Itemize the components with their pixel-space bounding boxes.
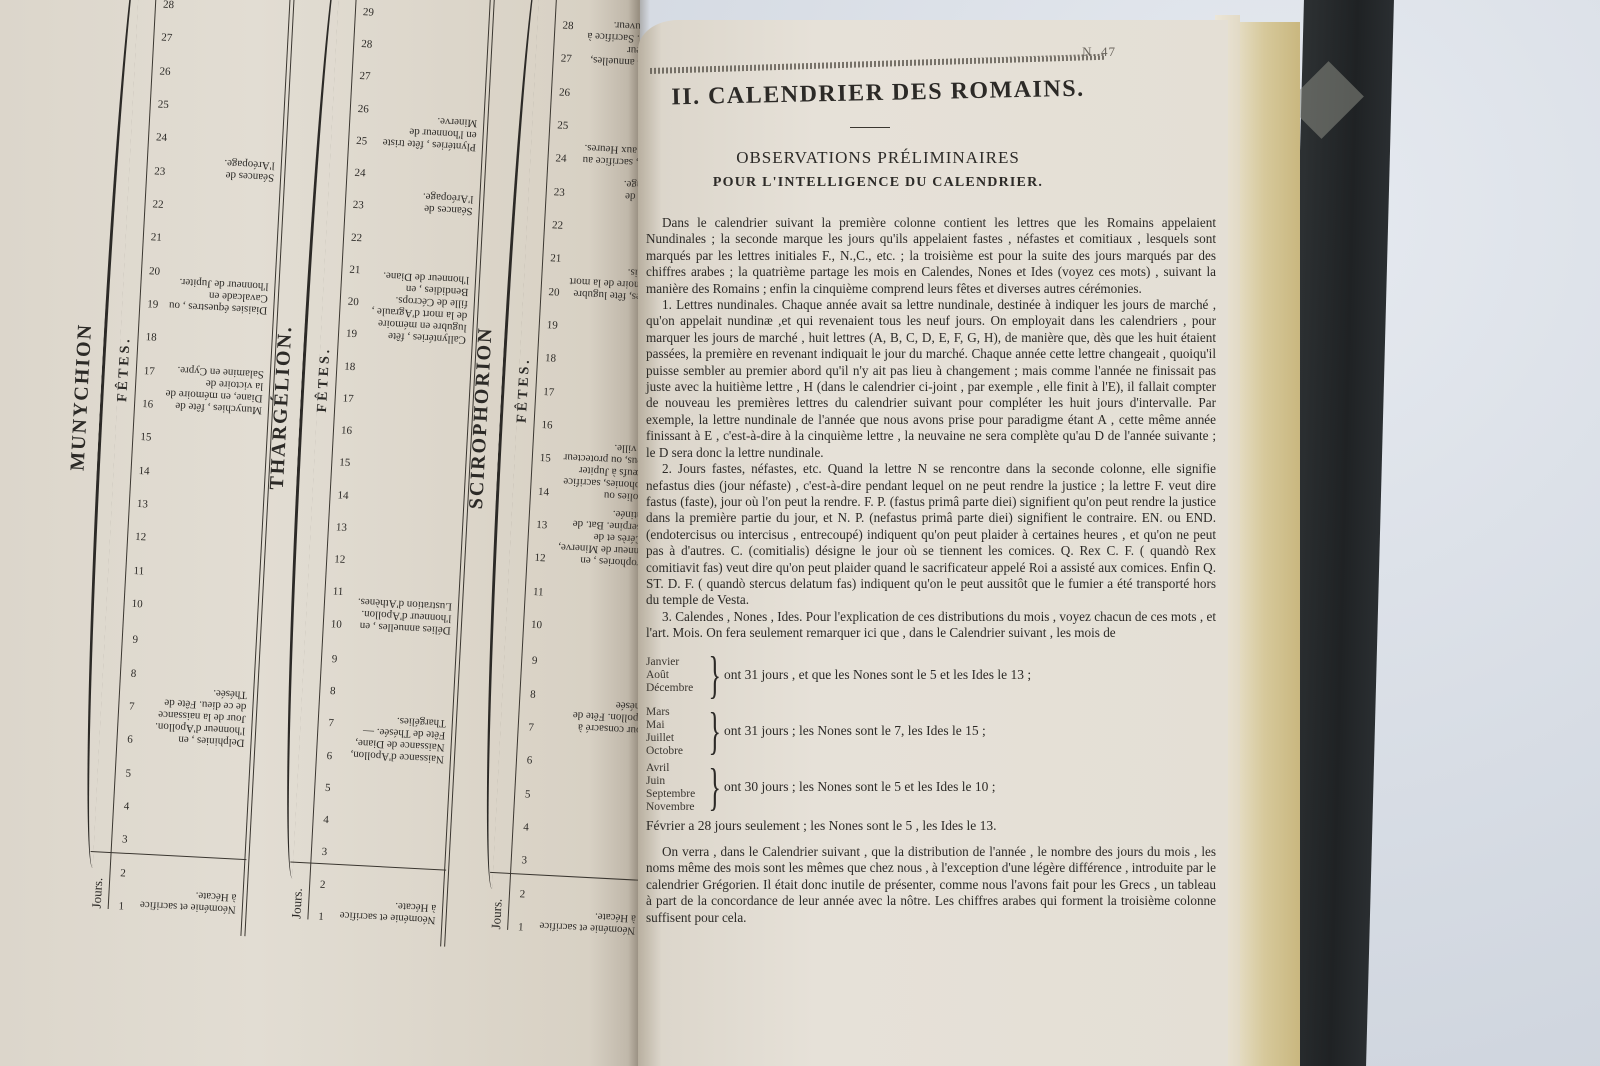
paragraph-intro: Dans le calendrier suivant la première c… <box>646 215 1216 297</box>
column-divider <box>490 872 640 881</box>
day-number: 19 <box>147 299 159 311</box>
column-divider <box>91 851 247 860</box>
day-number: 14 <box>538 487 550 499</box>
feast-entry: Munychies , fête de Diane, en mémoire de… <box>162 393 263 416</box>
day-number: 22 <box>552 220 564 232</box>
section-subheading: POUR L'INTELLIGENCE DU CALENDRIER. <box>658 175 1098 191</box>
right-brace-icon: } <box>709 762 714 814</box>
chapter-title: II. CALENDRIER DES ROMAINS. <box>658 75 1098 111</box>
month-length-list: Janvier Août Décembre } ont 31 jours , e… <box>646 650 1216 814</box>
month-name: Décembre <box>646 682 706 695</box>
day-number: 27 <box>359 71 371 83</box>
day-number: 2 <box>320 880 326 891</box>
day-number: 5 <box>325 783 331 794</box>
day-number: 13 <box>536 520 548 532</box>
day-number: 28 <box>361 39 373 51</box>
day-number: 1 <box>118 901 124 912</box>
body-text: Dans le calendrier suivant la première c… <box>646 215 1216 926</box>
day-number: 19 <box>546 320 558 332</box>
day-number: 1 <box>518 922 524 933</box>
day-number: 9 <box>331 654 337 665</box>
paragraph-nundinal-letters: 1. Lettres nundinales. Chaque année avai… <box>646 297 1216 461</box>
day-number: 17 <box>144 366 156 378</box>
day-number: 13 <box>336 522 348 534</box>
feast-entry: Néoménie et sacrifice à Hécate. <box>136 892 237 915</box>
day-number: 25 <box>157 99 169 111</box>
day-number: 21 <box>151 233 163 245</box>
day-number: 18 <box>145 333 157 345</box>
day-number: 20 <box>548 287 560 299</box>
month-name: Juin <box>646 775 706 788</box>
day-number: 21 <box>550 254 562 266</box>
day-number: 22 <box>351 232 363 244</box>
month-group-31-b: Mars Mai Juillet Octobre } ont 31 jours … <box>646 706 1216 758</box>
day-number: 2 <box>519 889 525 900</box>
section-heading: OBSERVATIONS PRÉLIMINAIRES <box>658 148 1098 168</box>
day-number: 8 <box>530 689 536 700</box>
day-number: 8 <box>130 668 136 679</box>
day-number: 15 <box>140 432 152 444</box>
day-number: 28 <box>562 21 574 33</box>
month-names: Mars Mai Juillet Octobre <box>646 706 706 758</box>
day-number: 3 <box>521 856 527 867</box>
feast-entry: Séances de l'Aréopage. <box>174 160 275 183</box>
day-number: 11 <box>533 587 544 599</box>
day-number: 7 <box>528 722 534 733</box>
day-number: 14 <box>138 466 150 478</box>
month-group-31-a: Janvier Août Décembre } ont 31 jours , e… <box>646 650 1216 702</box>
day-number: 11 <box>133 566 144 578</box>
day-number: 12 <box>334 555 346 567</box>
day-number: 7 <box>328 718 334 729</box>
day-number: 14 <box>337 490 349 502</box>
day-number: 7 <box>129 702 135 713</box>
day-number: 17 <box>543 387 555 399</box>
month-group-text: ont 30 jours ; les Nones sont le 5 et le… <box>724 779 995 795</box>
day-number: 16 <box>142 399 154 411</box>
day-number: 12 <box>534 553 546 565</box>
month-names: Janvier Août Décembre <box>646 656 706 695</box>
feast-entry: Delphinies , en l'honneur d'Apollon. Jou… <box>144 726 245 749</box>
month-name: Mars <box>646 706 706 719</box>
day-number: 5 <box>125 768 131 779</box>
day-number: 21 <box>349 265 361 277</box>
february-note: Février a 28 jours seulement ; les Nones… <box>646 818 1216 834</box>
feast-entry: Naissance d'Apollon, Naissance de Diane,… <box>344 742 445 765</box>
day-number: 8 <box>330 686 336 697</box>
day-number: 1 <box>318 912 324 923</box>
day-number: 16 <box>541 420 553 432</box>
right-page: N. 47 II. CALENDRIER DES ROMAINS. OBSERV… <box>638 20 1228 1066</box>
day-number: 12 <box>135 532 147 544</box>
day-number: 22 <box>152 199 164 211</box>
decorative-rule <box>650 54 1105 74</box>
feast-entry: Séances de l'Aréopage. <box>372 194 473 217</box>
month-group-text: ont 31 jours , et que les Nones sont le … <box>724 667 1031 683</box>
day-number: 13 <box>137 499 149 511</box>
day-number: 24 <box>354 168 366 180</box>
day-number: 4 <box>523 822 529 833</box>
day-number: 6 <box>127 735 133 746</box>
day-number: 9 <box>532 656 538 667</box>
feast-entry: Délies annuelles , en l'honneur d'Apollo… <box>351 613 452 636</box>
day-number: 26 <box>159 66 171 78</box>
day-number: 23 <box>154 166 166 178</box>
day-number: 24 <box>555 154 567 166</box>
day-number: 15 <box>339 458 351 470</box>
month-group-text: ont 31 jours ; les Nones sont le 7, les … <box>724 723 986 739</box>
left-page: MUNYCHIONJours.FÊTES.1234567891011121314… <box>0 0 640 1066</box>
day-number: 27 <box>161 33 173 45</box>
day-number: 15 <box>539 453 551 465</box>
day-number: 9 <box>132 635 138 646</box>
month-names: Avril Juin Septembre Novembre <box>646 762 706 814</box>
column-divider <box>290 861 446 870</box>
day-number: 4 <box>323 815 329 826</box>
month-name: Juillet <box>646 732 706 745</box>
month-name: Septembre <box>646 788 706 801</box>
month-group-30: Avril Juin Septembre Novembre } ont 30 j… <box>646 762 1216 814</box>
book-fore-edge <box>1230 22 1300 1066</box>
day-number: 6 <box>326 751 332 762</box>
day-number: 23 <box>553 187 565 199</box>
month-name: Octobre <box>646 745 706 758</box>
paragraph-closing: On verra , dans le Calendrier suivant , … <box>646 844 1216 926</box>
feast-entry: Néoménie et sacrifice à Hécate. <box>535 913 636 936</box>
title-underline <box>850 127 890 128</box>
greek-calendar-table: MUNYCHIONJours.FÊTES.1234567891011121314… <box>44 0 640 937</box>
day-number: 10 <box>131 599 143 611</box>
jours-column-header: Jours. <box>489 869 506 930</box>
paragraph-fast-nefast-days: 2. Jours fastes, néfastes, etc. Quand la… <box>646 461 1216 609</box>
paragraph-calends-nones-ides: 3. Calendes , Nones , Ides. Pour l'expli… <box>646 609 1216 642</box>
day-number: 28 <box>163 0 175 11</box>
day-number: 25 <box>356 136 368 148</box>
feast-entry: Diaisies équestres , ou Cavalcade en l'h… <box>167 293 268 316</box>
jours-column-header: Jours. <box>90 848 107 909</box>
month-name: Novembre <box>646 801 706 814</box>
month-name: Avril <box>646 762 706 775</box>
jours-column-header: Jours. <box>289 859 306 920</box>
feast-entry: Jour consacré à Apollon. Fête de Thésée <box>546 714 640 737</box>
day-number: 10 <box>331 619 343 631</box>
day-number: 23 <box>352 200 364 212</box>
day-number: 3 <box>321 847 327 858</box>
day-number: 29 <box>363 7 375 19</box>
day-number: 16 <box>341 426 353 438</box>
day-number: 4 <box>123 801 129 812</box>
day-number: 24 <box>156 133 168 145</box>
day-number: 11 <box>332 587 343 599</box>
day-number: 27 <box>560 54 572 66</box>
day-number: 19 <box>346 329 358 341</box>
day-number: 26 <box>559 87 571 99</box>
month-name: Août <box>646 669 706 682</box>
day-number: 20 <box>149 266 161 278</box>
day-number: 25 <box>557 120 569 132</box>
month-name: Mai <box>646 719 706 732</box>
feast-entry: Callyntéries , fête lugubre en mémoire d… <box>366 323 467 346</box>
month-name: Janvier <box>646 656 706 669</box>
day-number: 10 <box>531 620 543 632</box>
feast-entry: Plyntéries , fête triste en l'honneur de… <box>376 130 477 153</box>
right-brace-icon: } <box>709 650 714 702</box>
day-number: 5 <box>525 789 531 800</box>
day-number: 20 <box>347 297 359 309</box>
right-brace-icon: } <box>709 706 714 758</box>
day-number: 26 <box>358 104 370 116</box>
day-number: 18 <box>545 353 557 365</box>
day-number: 3 <box>122 835 128 846</box>
feast-entry: Néoménie et sacrifice à Hécate. <box>335 903 436 926</box>
day-number: 6 <box>526 756 532 767</box>
day-number: 18 <box>344 361 356 373</box>
day-number: 17 <box>342 393 354 405</box>
day-number: 2 <box>120 868 126 879</box>
